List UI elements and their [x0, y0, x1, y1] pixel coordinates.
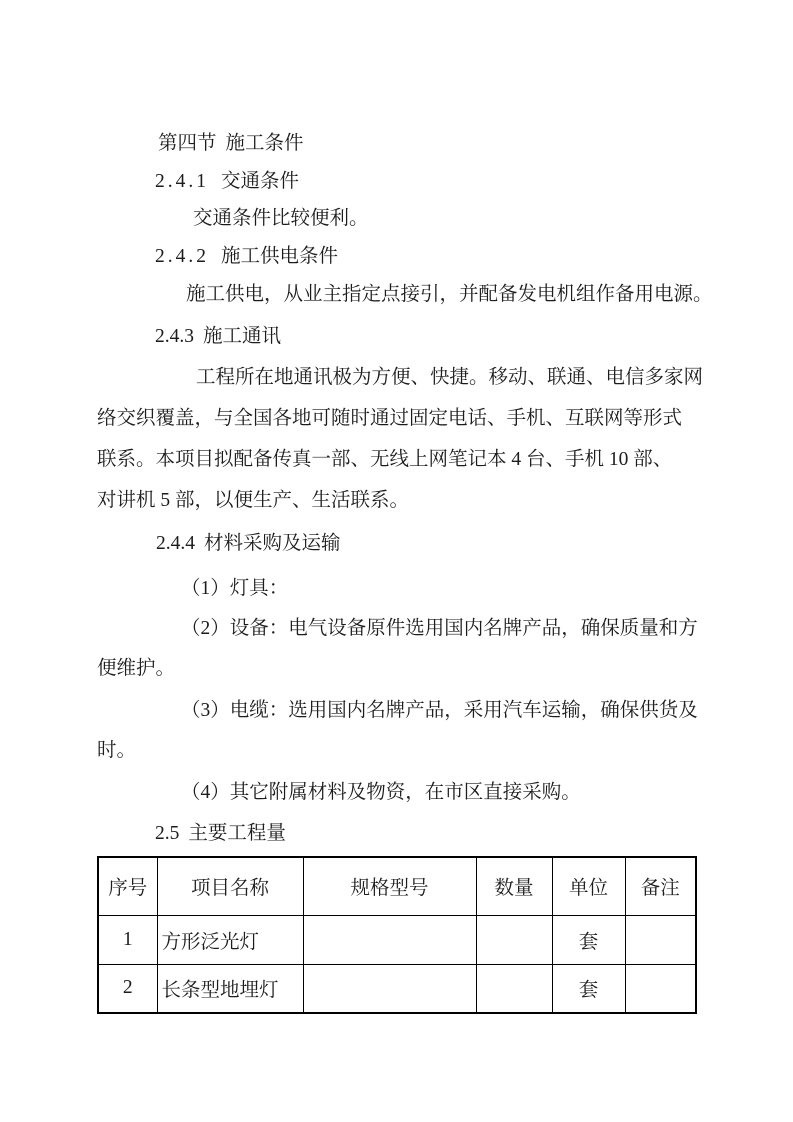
table-row: 1 方形泛光灯 套: [98, 915, 696, 964]
subsection-number: 2.4.2: [155, 246, 209, 267]
list-item-3: （3）电缆：选用国内名牌产品，采用汽车运输，确保供货及: [181, 700, 698, 722]
subsection-number: 2.4.3: [155, 326, 194, 347]
cell-unit: 套: [552, 915, 625, 964]
col-header-spec: 规格型号: [303, 857, 476, 915]
subsection-heading-244: 2.4.4材料采购及运输: [156, 533, 341, 555]
col-header-note: 备注: [625, 857, 696, 915]
subsection-number: 2.5: [155, 823, 179, 844]
quantities-table: 序号 项目名称 规格型号 数量 单位 备注 1 方形泛光灯 套 2 长条型地埋灯: [97, 856, 697, 1014]
document-page: 第四节施工条件 2.4.1交通条件 交通条件比较便利。 2.4.2施工供电条件 …: [0, 0, 793, 1122]
subsection-title: 施工通讯: [203, 326, 281, 347]
col-header-unit: 单位: [552, 857, 625, 915]
list-item-2: （2）设备：电气设备原件选用国内名牌产品，确保质量和方: [181, 618, 698, 640]
paragraph-line: 交通条件比较便利。: [193, 208, 369, 230]
subsection-title: 主要工程量: [188, 823, 286, 844]
col-header-name: 项目名称: [157, 857, 303, 915]
cell-name: 方形泛光灯: [157, 915, 303, 964]
subsection-title: 施工供电条件: [221, 246, 338, 267]
paragraph-line: 时。: [97, 740, 136, 762]
section-number: 第四节: [158, 133, 217, 154]
subsection-heading-243: 2.4.3施工通讯: [155, 326, 281, 348]
section-title: 施工条件: [226, 133, 304, 154]
subsection-number: 2.4.4: [156, 533, 195, 554]
cell-spec: [303, 964, 476, 1013]
subsection-title: 交通条件: [221, 171, 299, 192]
cell-qty: [476, 915, 552, 964]
table-row: 2 长条型地埋灯 套: [98, 964, 696, 1013]
paragraph-line: 络交织覆盖，与全国各地可随时通过固定电话、手机、互联网等形式: [97, 408, 682, 430]
list-item-1: （1）灯具：: [181, 578, 288, 600]
paragraph-line: 工程所在地通讯极为方便、快捷。移动、联通、电信多家网: [196, 367, 703, 389]
col-header-seq: 序号: [98, 857, 157, 915]
list-item-4: （4）其它附属材料及物资，在市区直接采购。: [181, 782, 581, 804]
cell-name: 长条型地埋灯: [157, 964, 303, 1013]
cell-note: [625, 964, 696, 1013]
paragraph-line: 施工供电，从业主指定点接引，并配备发电机组作备用电源。: [186, 284, 713, 306]
paragraph-line: 联系。本项目拟配备传真一部、无线上网笔记本 4 台、手机 10 部、: [97, 449, 672, 471]
cell-seq: 1: [98, 915, 157, 964]
subsection-number: 2.4.1: [155, 171, 209, 192]
cell-unit: 套: [552, 964, 625, 1013]
paragraph-line: 对讲机 5 部，以便生产、生活联系。: [97, 490, 409, 512]
subsection-heading-241: 2.4.1交通条件: [155, 171, 299, 193]
cell-qty: [476, 964, 552, 1013]
subsection-heading-25: 2.5主要工程量: [155, 823, 286, 845]
col-header-qty: 数量: [476, 857, 552, 915]
subsection-title: 材料采购及运输: [204, 533, 341, 554]
subsection-heading-242: 2.4.2施工供电条件: [155, 246, 338, 268]
cell-spec: [303, 915, 476, 964]
table-header-row: 序号 项目名称 规格型号 数量 单位 备注: [98, 857, 696, 915]
section-heading: 第四节施工条件: [158, 133, 304, 155]
paragraph-line: 便维护。: [97, 658, 175, 680]
cell-seq: 2: [98, 964, 157, 1013]
cell-note: [625, 915, 696, 964]
